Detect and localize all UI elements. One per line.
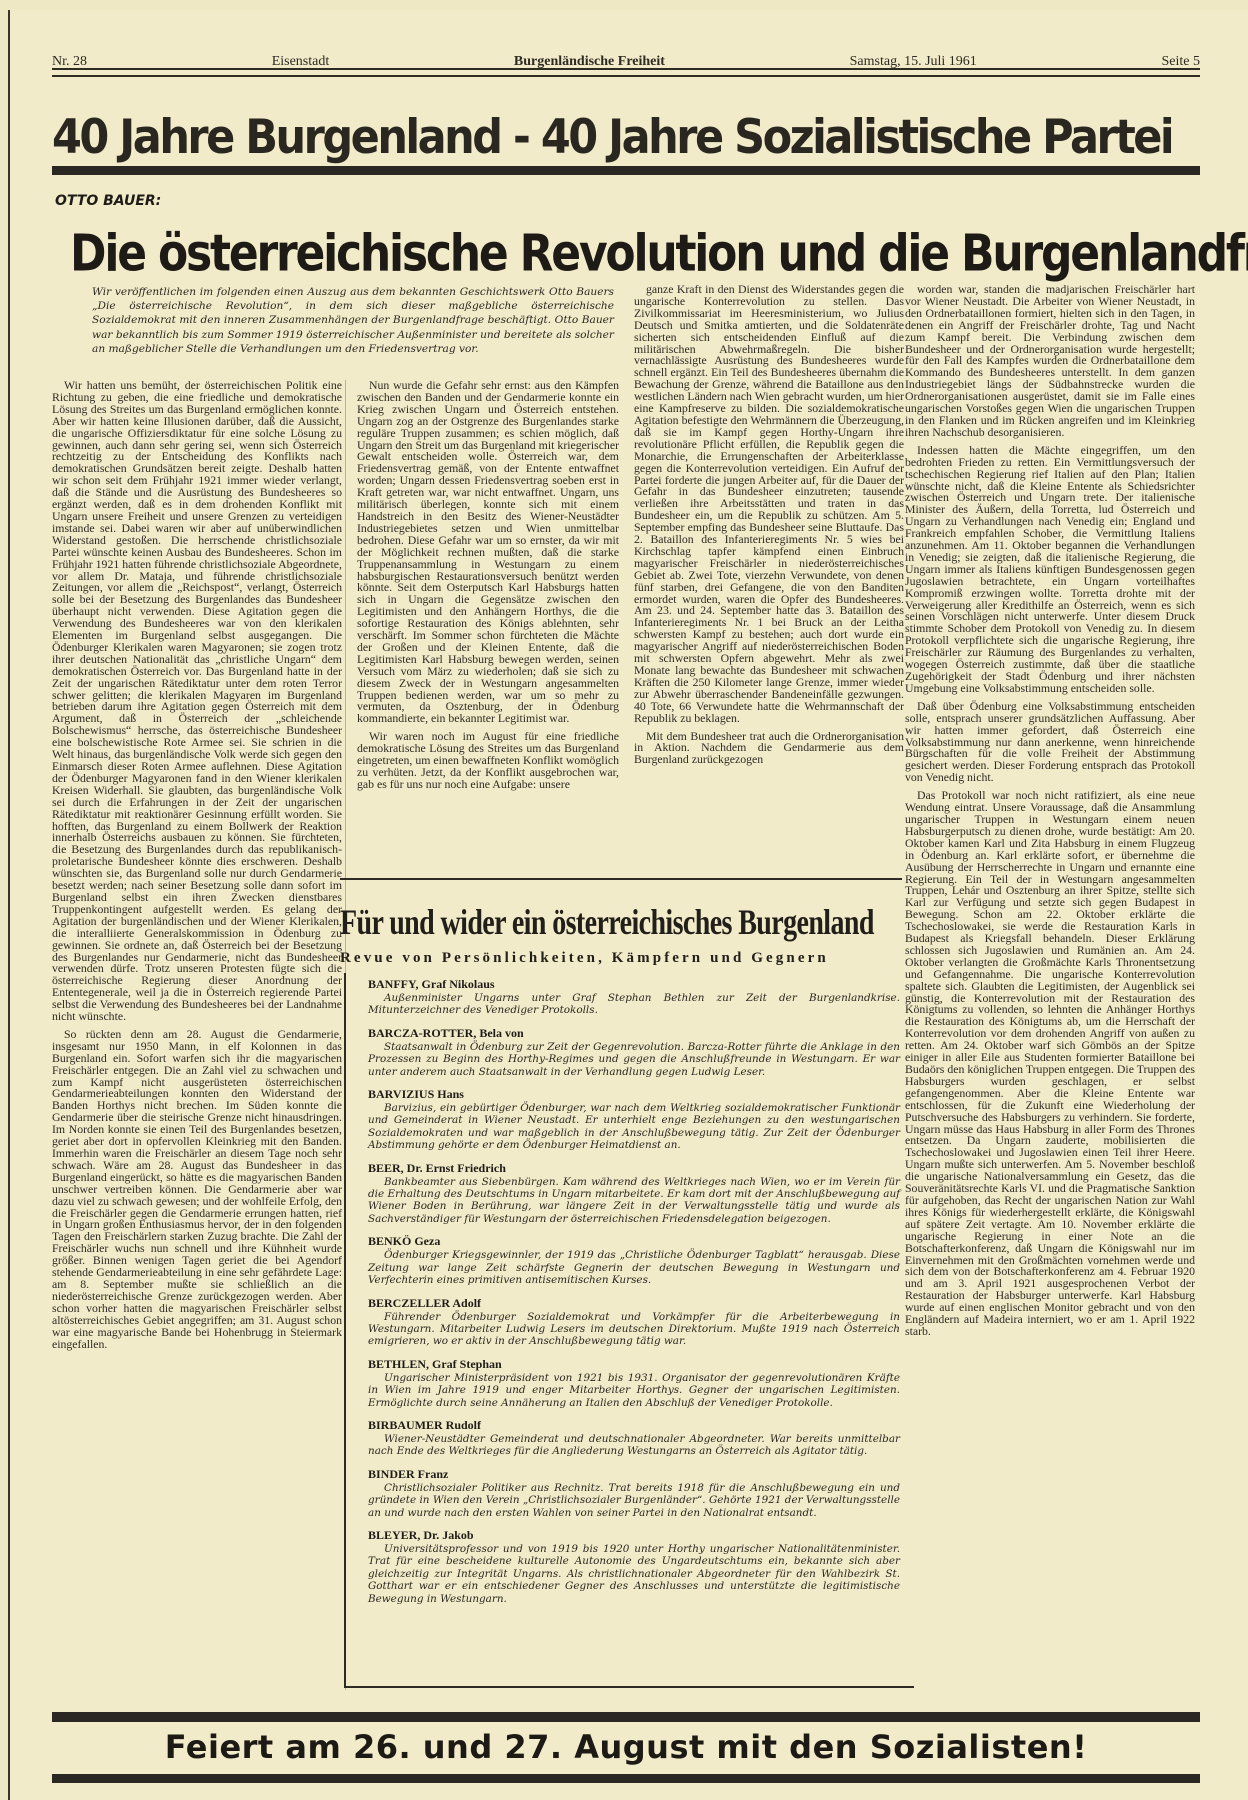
box-subheadline: Revue von Persönlichkeiten, Kämpfern und… (340, 950, 910, 967)
person-entry: BLEYER, Dr. Jakob Universitätsprofessor … (368, 1527, 900, 1605)
person-entry: BEER, Dr. Ernst Friedrich Bankbeamter au… (368, 1160, 900, 1226)
box-top-rule (340, 878, 902, 880)
person-entry: BIRBAUMER Rudolf Wiener-Neustädter Gemei… (368, 1417, 900, 1458)
paragraph: So rückten denn am 28. August die Gendar… (52, 1029, 342, 1350)
article-column-3: ganze Kraft in den Dienst des Widerstand… (634, 284, 904, 772)
person-entry: BANFFY, Graf Nikolaus Außenminister Unga… (368, 976, 900, 1017)
person-description: Ungarischer Ministerpräsident von 1921 b… (368, 1372, 900, 1409)
person-entry: BARVIZIUS Hans Barvizius, ein gebürtiger… (368, 1086, 900, 1152)
person-name: BARVIZIUS Hans (368, 1086, 900, 1102)
paragraph: Daß über Ödenburg eine Volksabstimmung e… (905, 701, 1195, 784)
person-description: Wiener-Neustädter Gemeinderat und deutsc… (368, 1433, 900, 1458)
person-description: Staatsanwalt in Ödenburg zur Zeit der Ge… (368, 1041, 900, 1078)
article-intro: Wir veröffentlichen im folgenden einen A… (92, 285, 614, 356)
paragraph: ganze Kraft in den Dienst des Widerstand… (634, 284, 904, 725)
banner-rule (52, 166, 1200, 175)
person-description: Ödenburger Kriegsgewinnler, der 1919 das… (368, 1249, 900, 1286)
footer-rule-top (52, 1712, 1200, 1722)
person-description: Bankbeamter aus Siebenbürgen. Kam währen… (368, 1176, 900, 1226)
person-name: BANFFY, Graf Nikolaus (368, 976, 900, 992)
person-name: BARCZA-ROTTER, Bela von (368, 1025, 900, 1041)
article-author: OTTO BAUER: (55, 193, 161, 209)
person-entry: BERCZELLER Adolf Führender Ödenburger So… (368, 1295, 900, 1348)
article-headline: Die österreichische Revolution und die B… (70, 220, 1190, 289)
masthead: Nr. 28 Eisenstadt Burgenländische Freihe… (52, 48, 1200, 70)
person-description: Außenminister Ungarns unter Graf Stephan… (368, 992, 900, 1017)
person-entry: BENKÖ Geza Ödenburger Kriegsgewinnler, d… (368, 1233, 900, 1286)
footer-slogan: Feiert am 26. und 27. August mit den Soz… (52, 1728, 1200, 1766)
box-headline: Für und wider ein österreichisches Burge… (340, 903, 910, 945)
paragraph: Das Protokoll war noch nicht ratifiziert… (905, 790, 1195, 1338)
person-list: BANFFY, Graf Nikolaus Außenminister Unga… (368, 976, 900, 1613)
paragraph: Wir waren noch im August für eine friedl… (357, 731, 619, 791)
footer-rule-bottom (52, 1774, 1200, 1783)
person-name: BIRBAUMER Rudolf (368, 1417, 900, 1433)
banner-headline: 40 Jahre Burgenland - 40 Jahre Sozialist… (52, 110, 1200, 165)
person-name: BLEYER, Dr. Jakob (368, 1527, 900, 1543)
paragraph: Indessen hatten die Mächte eingegriffen,… (905, 445, 1195, 695)
article-column-2: Nun wurde die Gefahr sehr ernst: aus den… (357, 380, 619, 797)
person-entry: BINDER Franz Christlichsozialer Politike… (368, 1466, 900, 1519)
paragraph: Nun wurde die Gefahr sehr ernst: aus den… (357, 380, 619, 725)
paragraph: Mit dem Bundesheer trat auch die Ordnero… (634, 731, 904, 767)
person-entry: BARCZA-ROTTER, Bela von Staatsanwalt in … (368, 1025, 900, 1078)
person-name: BERCZELLER Adolf (368, 1295, 900, 1311)
person-name: BENKÖ Geza (368, 1233, 900, 1249)
masthead-rule (52, 68, 1200, 77)
person-name: BINDER Franz (368, 1466, 900, 1482)
person-description: Universitätsprofessor und von 1919 bis 1… (368, 1543, 900, 1605)
person-name: BETHLEN, Graf Stephan (368, 1356, 900, 1372)
paragraph: worden war, standen die madjarischen Fre… (905, 284, 1195, 439)
person-description: Christlichsozialer Politiker aus Rechnit… (368, 1482, 900, 1519)
article-column-4: worden war, standen die madjarischen Fre… (905, 284, 1195, 1344)
paragraph: Wir hatten uns bemüht, der österreichisc… (52, 380, 342, 1023)
person-name: BEER, Dr. Ernst Friedrich (368, 1160, 900, 1176)
person-entry: BETHLEN, Graf Stephan Ungarischer Minist… (368, 1356, 900, 1409)
person-description: Barvizius, ein gebürtiger Ödenburger, wa… (368, 1102, 900, 1152)
article-column-1: Wir hatten uns bemüht, der österreichisc… (52, 380, 342, 1356)
person-description: Führender Ödenburger Sozialdemokrat und … (368, 1311, 900, 1348)
